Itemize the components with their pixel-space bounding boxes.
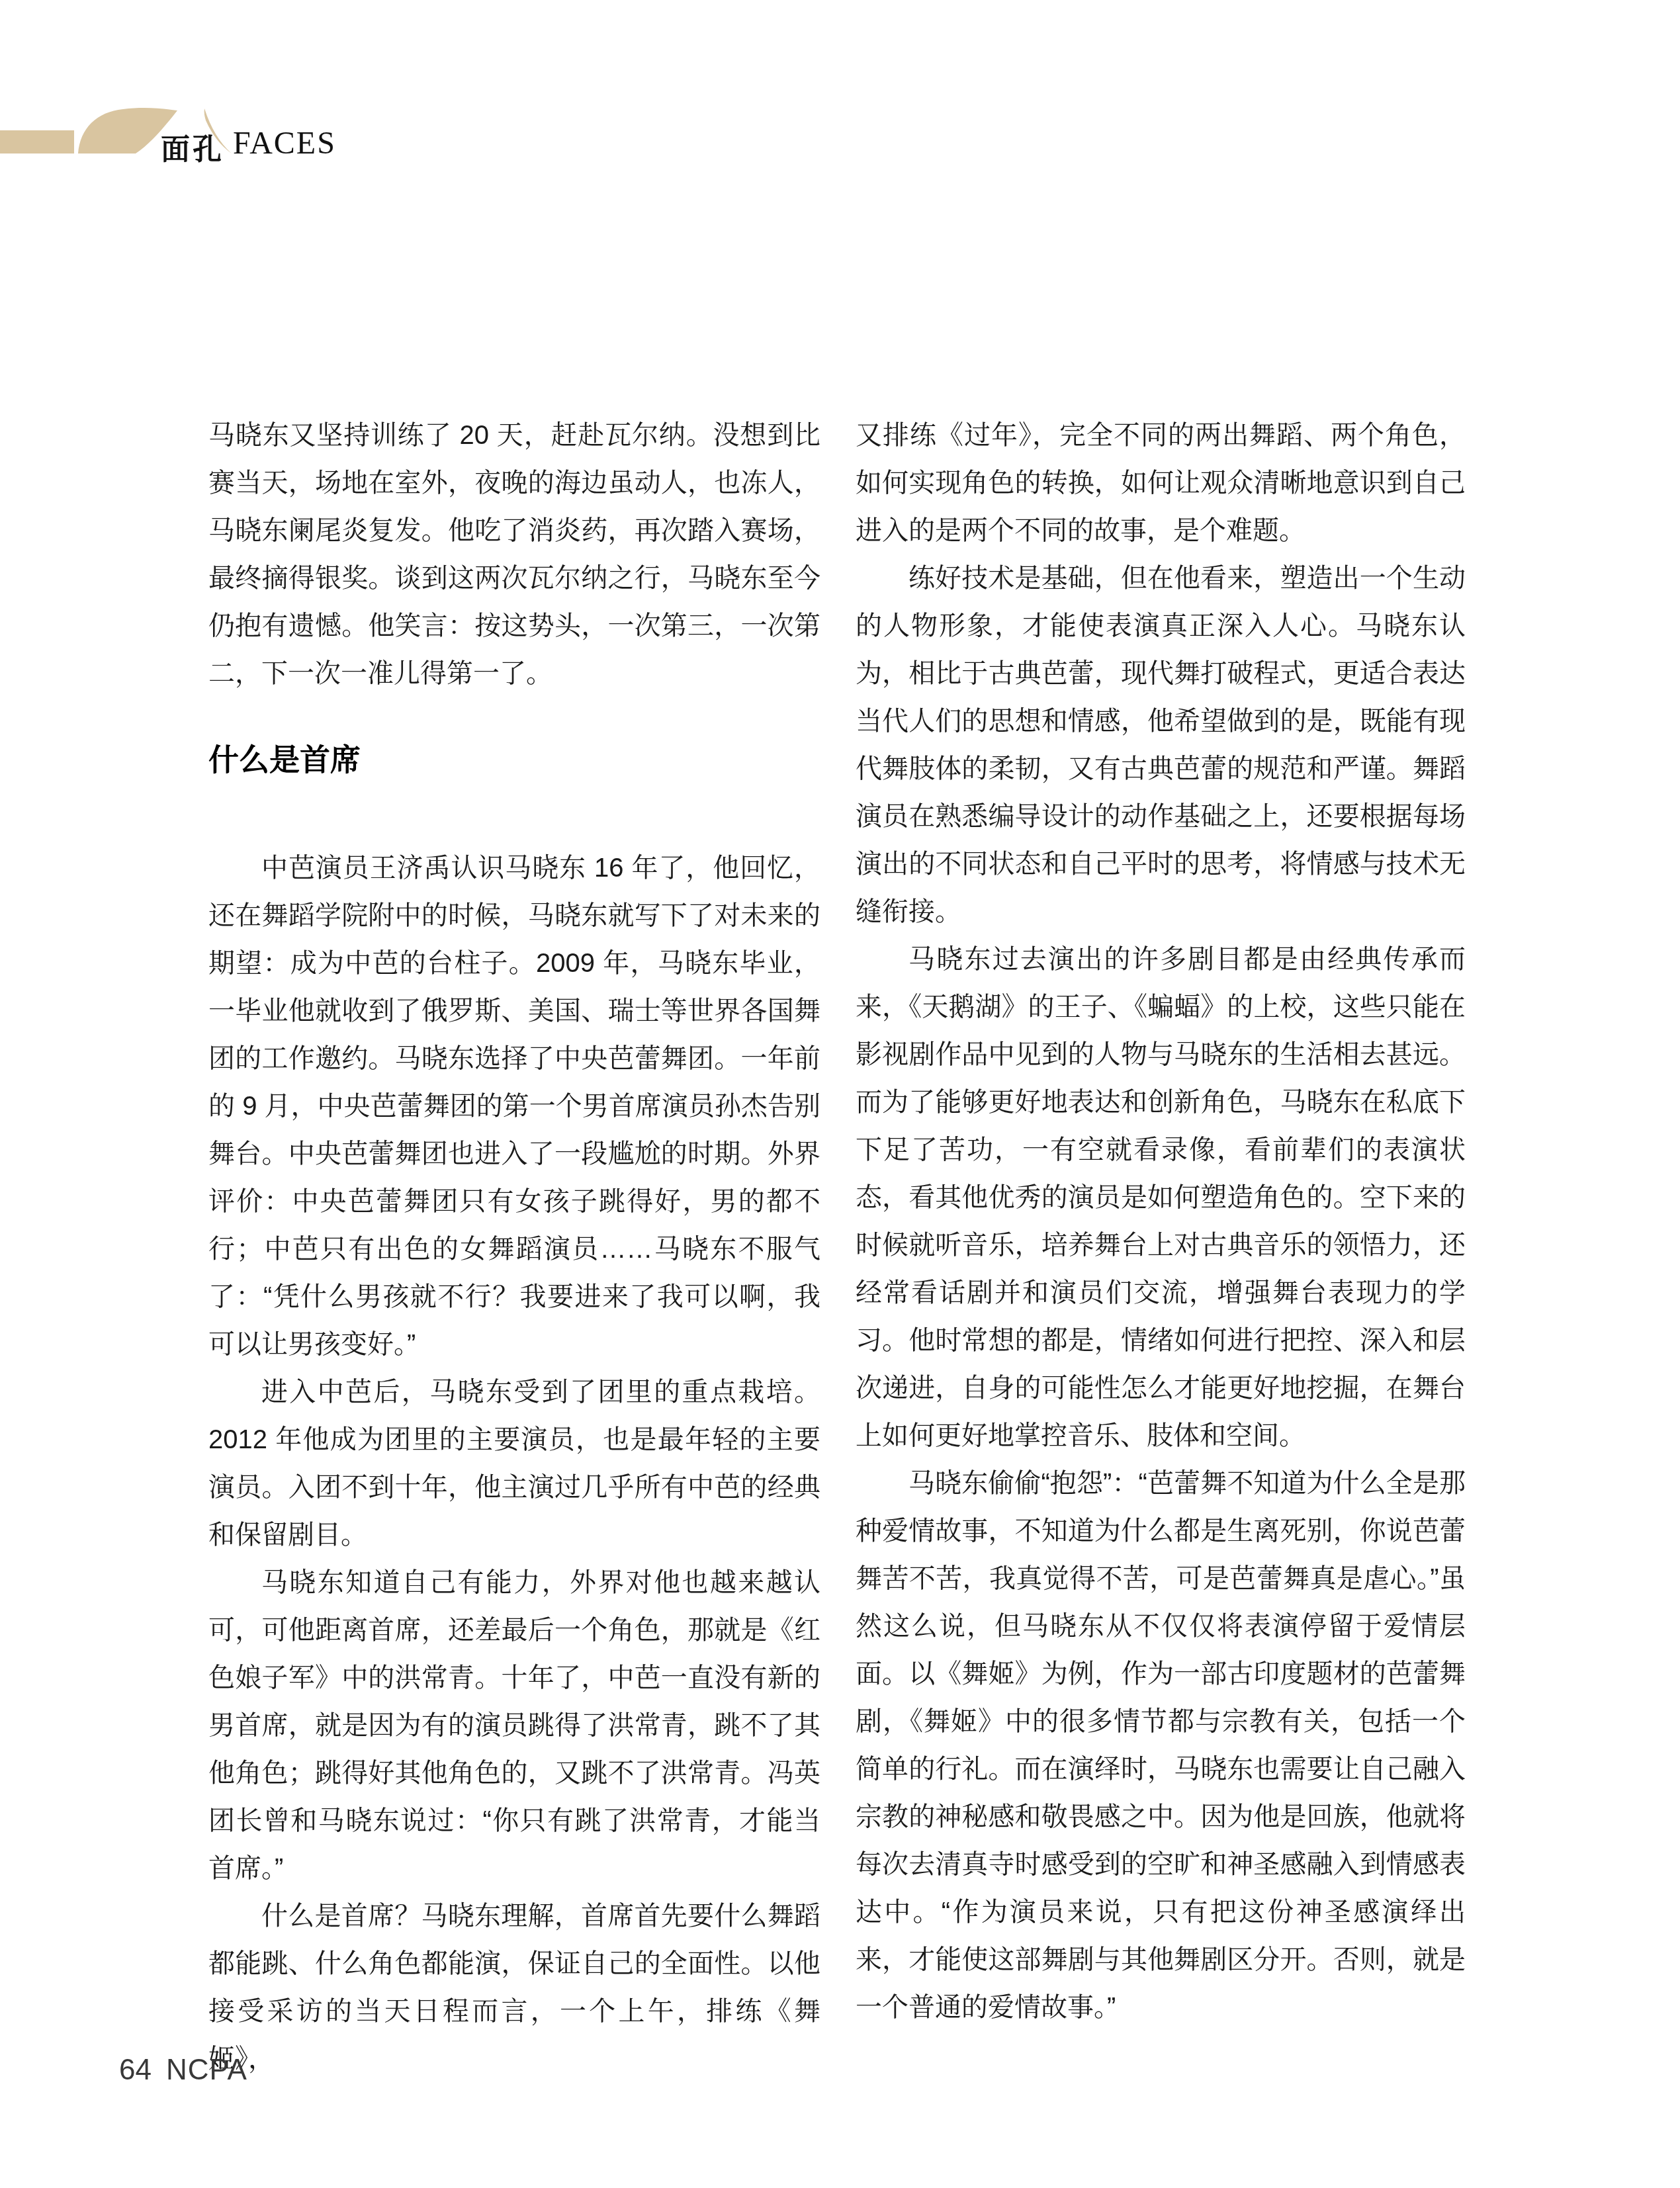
paragraph: 什么是首席？马晓东理解，首席首先要什么舞蹈都能跳、什么角色都能演，保证自己的全面…	[208, 1892, 820, 2083]
magazine-page: 面孔 FACES 马晓东又坚持训练了 20 天，赶赴瓦尔纳。没想到比赛当天，场地…	[0, 0, 1680, 2188]
page-footer: 64NCPA	[119, 2054, 247, 2087]
section-title-en: FACES	[233, 125, 336, 161]
brand-name: NCPA	[166, 2054, 247, 2086]
section-title-zh: 面孔	[161, 126, 224, 168]
section-heading: 什么是首席	[208, 736, 820, 783]
left-column: 马晓东又坚持训练了 20 天，赶赴瓦尔纳。没想到比赛当天，场地在室外，夜晚的海边…	[208, 412, 820, 2083]
paragraph: 马晓东过去演出的许多剧目都是由经典传承而来，《天鹅湖》的王子、《蝙蝠》的上校，这…	[856, 936, 1466, 1460]
right-column: 又排练《过年》，完全不同的两出舞蹈、两个角色，如何实现角色的转换，如何让观众清晰…	[856, 412, 1466, 2031]
paragraph: 马晓东又坚持训练了 20 天，赶赴瓦尔纳。没想到比赛当天，场地在室外，夜晚的海边…	[208, 412, 820, 697]
page-number: 64	[119, 2054, 152, 2086]
header-accent-bar	[0, 130, 74, 153]
paragraph: 中芭演员王济禹认识马晓东 16 年了，他回忆，还在舞蹈学院附中的时候，马晓东就写…	[208, 844, 820, 1368]
paragraph: 又排练《过年》，完全不同的两出舞蹈、两个角色，如何实现角色的转换，如何让观众清晰…	[856, 412, 1466, 554]
paragraph: 马晓东知道自己有能力，外界对他也越来越认可，可他距离首席，还差最后一个角色，那就…	[208, 1559, 820, 1892]
paragraph: 练好技术是基础，但在他看来，塑造出一个生动的人物形象，才能使表演真正深入人心。马…	[856, 554, 1466, 936]
paragraph: 进入中芭后，马晓东受到了团里的重点栽培。2012 年他成为团里的主要演员，也是最…	[208, 1368, 820, 1559]
paragraph: 马晓东偷偷“抱怨”：“芭蕾舞不知道为什么全是那种爱情故事，不知道为什么都是生离死…	[856, 1460, 1466, 2031]
